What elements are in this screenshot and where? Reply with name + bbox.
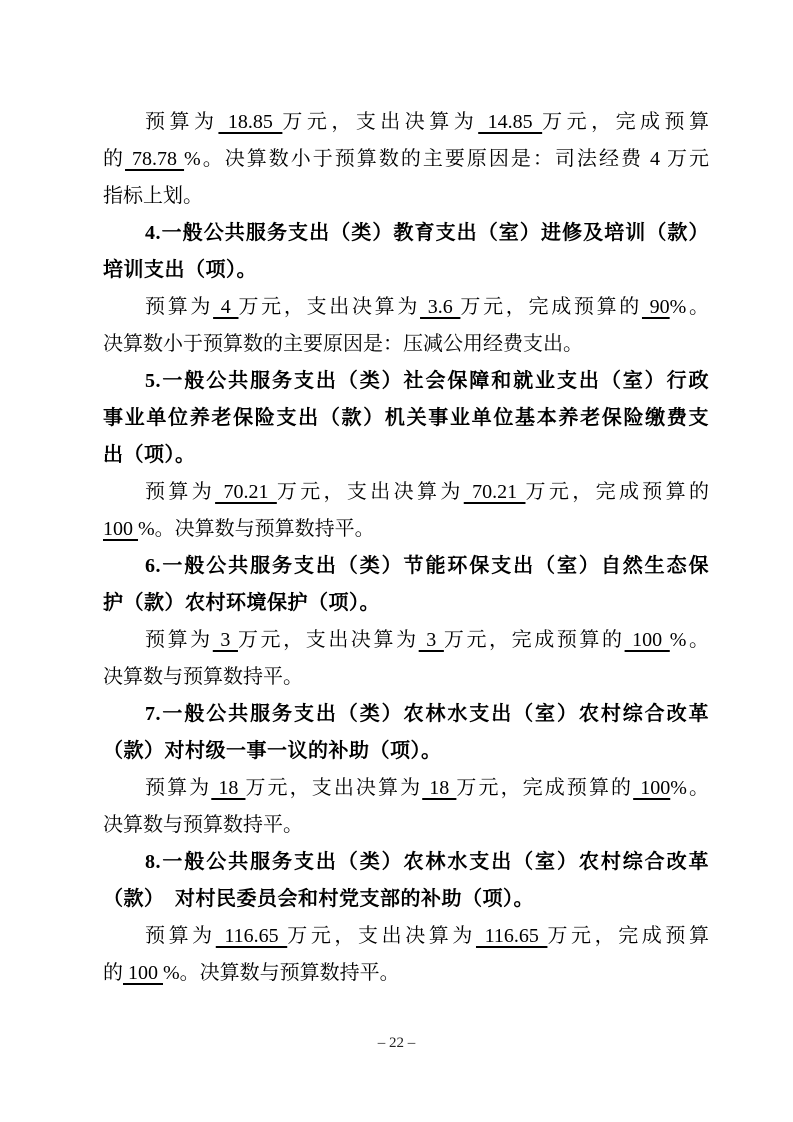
text-run: 决算数小于预算数的主要原因是：压减公用经费支出。: [103, 333, 583, 355]
body-paragraph: 预算为 116.65 万元，支出决算为 116.65 万元，完成预算的 100 …: [103, 918, 709, 992]
text-line: 的 100 %。决算数与预算数持平。: [103, 955, 709, 992]
section-heading: 8.一般公共服务支出（类）农林水支出（室）农村综合改革（款） 对村民委员会和村党…: [103, 844, 709, 918]
text-run: 决算数与预算数持平。: [103, 814, 303, 836]
underlined-value: 18: [211, 777, 245, 799]
text-line: 决算数小于预算数的主要原因是：压减公用经费支出。: [103, 326, 709, 363]
body-paragraph: 预算为 4 万元，支出决算为 3.6 万元，完成预算的 90%。决算数小于预算数…: [103, 289, 709, 363]
text-run: 出（项）。: [103, 444, 196, 466]
text-run: 事业单位养老保险支出（款）机关事业单位基本养老保险缴费支: [103, 407, 709, 429]
text-line: 出（项）。: [103, 437, 709, 474]
text-run: 的: [103, 148, 125, 170]
underlined-value: 18: [422, 777, 456, 799]
text-line: 预算为 116.65 万元，支出决算为 116.65 万元，完成预算: [103, 918, 709, 955]
text-run: %。决算数与预算数持平。: [138, 518, 375, 540]
section-heading: 6.一般公共服务支出（类）节能环保支出（室）自然生态保护（款）农村环境保护（项）…: [103, 548, 709, 622]
text-line: 的 78.78 %。决算数小于预算数的主要原因是：司法经费 4 万元: [103, 141, 709, 178]
text-line: 预算为 3 万元，支出决算为 3 万元，完成预算的 100 %。: [103, 622, 709, 659]
text-run: 6.一般公共服务支出（类）节能环保支出（室）自然生态保: [145, 555, 709, 577]
text-line: 8.一般公共服务支出（类）农林水支出（室）农村综合改革: [103, 844, 709, 881]
text-line: 预算为 4 万元，支出决算为 3.6 万元，完成预算的 90%。: [103, 289, 709, 326]
underlined-value: 90: [642, 296, 670, 318]
underlined-value: 100: [103, 518, 138, 540]
body-paragraph: 预算为 18 万元，支出决算为 18 万元，完成预算的 100%。决算数与预算数…: [103, 770, 709, 844]
text-run: 万元，支出决算为: [238, 296, 420, 318]
text-run: %。决算数与预算数持平。: [163, 962, 400, 984]
text-line: 100 %。决算数与预算数持平。: [103, 511, 709, 548]
text-run: 万元，支出决算为: [238, 629, 419, 651]
text-run: 决算数与预算数持平。: [103, 666, 303, 688]
text-run: 的: [103, 962, 123, 984]
text-run: 万元，支出决算为: [287, 925, 476, 947]
document-body: 预算为 18.85 万元，支出决算为 14.85 万元，完成预算的 78.78 …: [103, 104, 709, 992]
text-run: 7.一般公共服务支出（类）农林水支出（室）农村综合改革: [145, 703, 709, 725]
section-heading: 4.一般公共服务支出（类）教育支出（室）进修及培训（款）培训支出（项）。: [103, 215, 709, 289]
text-run: 万元，完成预算的: [444, 629, 625, 651]
text-run: 护（款）农村环境保护（项）。: [103, 592, 380, 614]
text-run: 万元，完成预算的: [456, 777, 633, 799]
text-line: 护（款）农村环境保护（项）。: [103, 585, 709, 622]
underlined-value: 14.85: [478, 111, 542, 133]
text-line: 预算为 18 万元，支出决算为 18 万元，完成预算的 100%。: [103, 770, 709, 807]
text-run: 4.一般公共服务支出（类）教育支出（室）进修及培训（款）: [145, 222, 709, 244]
text-line: 预算为 70.21 万元，支出决算为 70.21 万元，完成预算的: [103, 474, 709, 511]
text-line: （款）对村级一事一议的补助（项）。: [103, 733, 709, 770]
text-line: 5.一般公共服务支出（类）社会保障和就业支出（室）行政: [103, 363, 709, 400]
text-run: 万元，支出决算为: [245, 777, 422, 799]
underlined-value: 100: [123, 962, 163, 984]
text-run: 预算为: [145, 296, 213, 318]
text-run: 万元，支出决算为: [282, 111, 478, 133]
body-paragraph: 预算为 18.85 万元，支出决算为 14.85 万元，完成预算的 78.78 …: [103, 104, 709, 215]
underlined-value: 70.21: [215, 481, 277, 503]
text-run: 预算为: [145, 777, 211, 799]
text-run: %。: [670, 296, 709, 318]
text-run: 万元，完成预算的: [460, 296, 642, 318]
underlined-value: 4: [213, 296, 238, 318]
underlined-value: 100: [625, 629, 670, 651]
body-paragraph: 预算为 70.21 万元，支出决算为 70.21 万元，完成预算的100 %。决…: [103, 474, 709, 548]
text-line: 事业单位养老保险支出（款）机关事业单位基本养老保险缴费支: [103, 400, 709, 437]
underlined-value: 18.85: [218, 111, 282, 133]
underlined-value: 100: [633, 777, 670, 799]
text-run: %。: [670, 629, 709, 651]
document-page: 预算为 18.85 万元，支出决算为 14.85 万元，完成预算的 78.78 …: [0, 0, 793, 1122]
text-run: 预算为: [145, 481, 215, 503]
text-line: 7.一般公共服务支出（类）农林水支出（室）农村综合改革: [103, 696, 709, 733]
section-heading: 5.一般公共服务支出（类）社会保障和就业支出（室）行政事业单位养老保险支出（款）…: [103, 363, 709, 474]
text-run: 万元，支出决算为: [277, 481, 464, 503]
page-number: – 22 –: [0, 1033, 793, 1053]
underlined-value: 3: [419, 629, 444, 651]
text-run: 指标上划。: [103, 185, 203, 207]
text-run: 万元，完成预算的: [525, 481, 709, 503]
section-heading: 7.一般公共服务支出（类）农林水支出（室）农村综合改革（款）对村级一事一议的补助…: [103, 696, 709, 770]
text-line: 预算为 18.85 万元，支出决算为 14.85 万元，完成预算: [103, 104, 709, 141]
underlined-value: 3: [213, 629, 238, 651]
text-run: （款） 对村民委员会和村党支部的补助（项）。: [103, 888, 534, 910]
text-run: 培训支出（项）。: [103, 259, 257, 281]
underlined-value: 3.6: [420, 296, 460, 318]
body-paragraph: 预算为 3 万元，支出决算为 3 万元，完成预算的 100 %。决算数与预算数持…: [103, 622, 709, 696]
text-run: %。决算数小于预算数的主要原因是：司法经费 4 万元: [184, 148, 709, 170]
underlined-value: 116.65: [476, 925, 547, 947]
text-line: 决算数与预算数持平。: [103, 807, 709, 844]
underlined-value: 70.21: [464, 481, 526, 503]
text-run: 预算为: [145, 111, 218, 133]
text-line: 培训支出（项）。: [103, 252, 709, 289]
text-run: 8.一般公共服务支出（类）农林水支出（室）农村综合改革: [145, 851, 709, 873]
text-line: （款） 对村民委员会和村党支部的补助（项）。: [103, 881, 709, 918]
text-run: 5.一般公共服务支出（类）社会保障和就业支出（室）行政: [145, 370, 709, 392]
text-run: （款）对村级一事一议的补助（项）。: [103, 740, 442, 762]
text-line: 6.一般公共服务支出（类）节能环保支出（室）自然生态保: [103, 548, 709, 585]
text-run: 万元，完成预算: [542, 111, 709, 133]
text-run: 预算为: [145, 629, 213, 651]
text-run: %。: [670, 777, 709, 799]
text-run: 预算为: [145, 925, 216, 947]
text-line: 指标上划。: [103, 178, 709, 215]
underlined-value: 78.78: [125, 148, 184, 170]
underlined-value: 116.65: [216, 925, 287, 947]
text-line: 4.一般公共服务支出（类）教育支出（室）进修及培训（款）: [103, 215, 709, 252]
text-run: 万元，完成预算: [547, 925, 709, 947]
text-line: 决算数与预算数持平。: [103, 659, 709, 696]
